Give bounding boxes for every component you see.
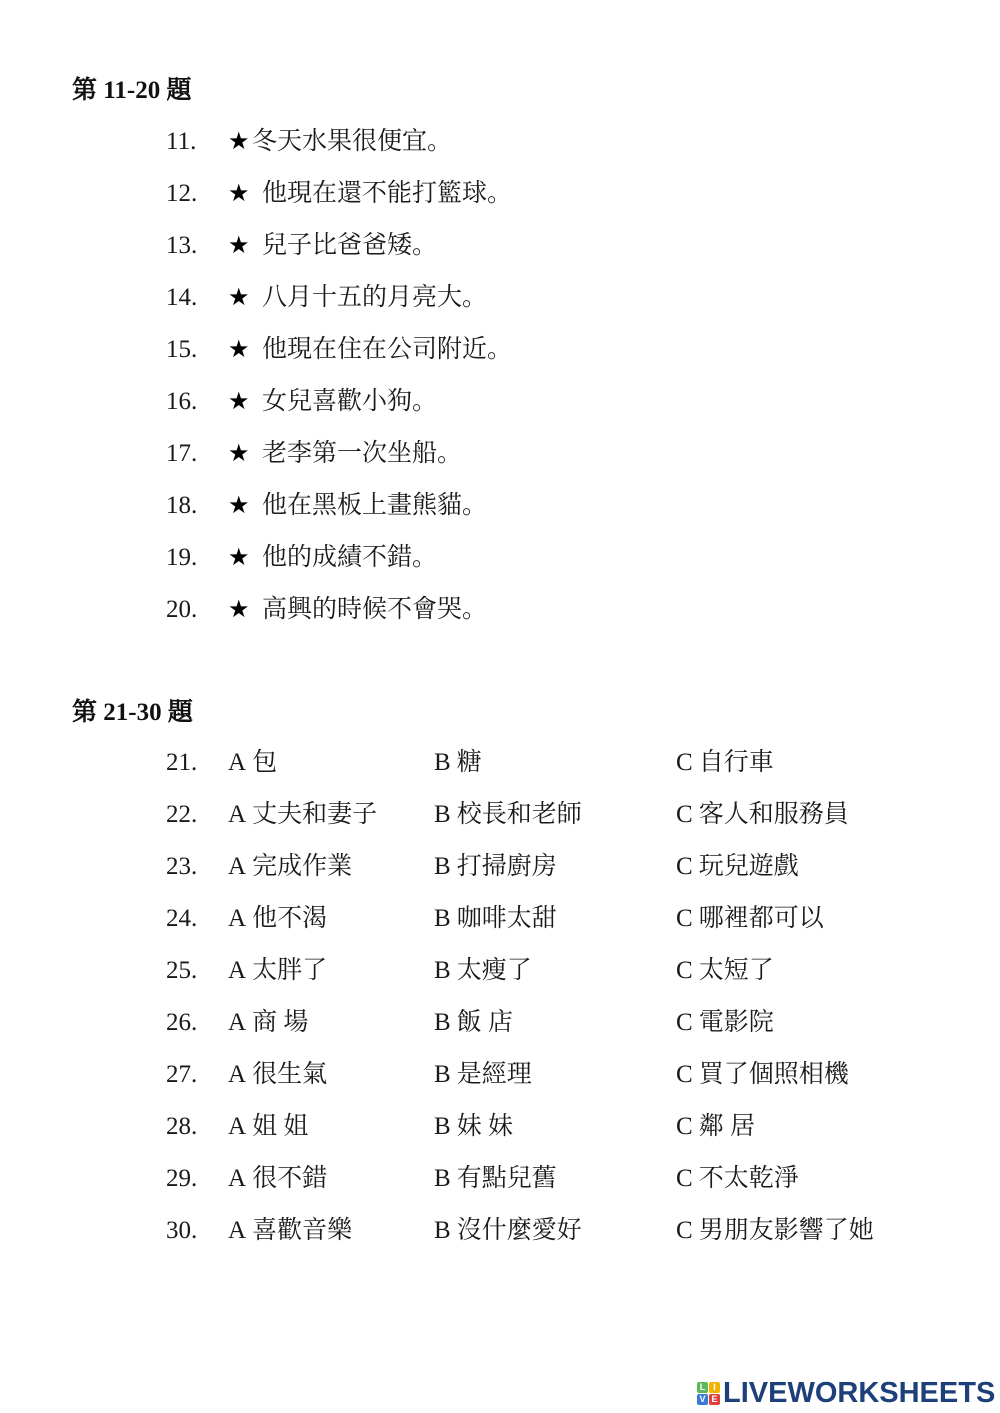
option-b-text: 妹 妹 [457,1113,513,1140]
question-number: 30. [166,1215,226,1247]
question-statement: 他現在還不能打籃球。 [262,178,512,210]
star-icon: ★ [228,386,250,418]
option-c-letter: C [676,1165,693,1192]
section-title-21-30: 第 21-30 題 [72,700,193,725]
option-c-text: 哪裡都可以 [699,905,824,932]
option-b-letter: B [434,853,451,880]
option-b-letter: B [434,749,451,776]
option-a: A完成作業 [228,851,352,883]
option-c: C男朋友影響了她 [676,1215,874,1247]
option-b: B有點兒舊 [434,1163,557,1195]
option-a: A喜歡音樂 [228,1215,352,1247]
option-a-text: 他不渴 [252,905,327,932]
option-a-letter: A [228,853,246,880]
option-c-letter: C [676,1009,693,1036]
option-b-letter: B [434,905,451,932]
option-b-letter: B [434,1009,451,1036]
option-b-letter: B [434,957,451,984]
option-a: A商 場 [228,1007,308,1039]
option-c-letter: C [676,749,693,776]
option-a: A姐 姐 [228,1111,308,1143]
question-number: 16. [166,386,226,418]
option-a-letter: A [228,1165,246,1192]
question-number: 25. [166,955,226,987]
option-c: C不太乾淨 [676,1163,799,1195]
question-number: 12. [166,178,226,210]
question-number: 17. [166,438,226,470]
question-number: 18. [166,490,226,522]
logo-cell-l: L [697,1382,708,1393]
star-icon: ★ [228,490,250,522]
question-number: 15. [166,334,226,366]
star-icon: ★ [228,230,250,262]
option-c-text: 不太乾淨 [699,1165,799,1192]
option-c-letter: C [676,1113,693,1140]
option-c-letter: C [676,853,693,880]
question-number: 20. [166,594,226,626]
option-a-text: 喜歡音樂 [252,1217,352,1244]
option-a: A很不錯 [228,1163,327,1195]
option-a-text: 很生氣 [252,1061,327,1088]
option-a: A包 [228,747,277,779]
option-c-text: 客人和服務員 [699,801,849,828]
star-icon: ★ [228,126,250,158]
star-icon: ★ [228,542,250,574]
option-c: C電影院 [676,1007,774,1039]
option-b-letter: B [434,1165,451,1192]
option-b-text: 有點兒舊 [457,1165,557,1192]
option-c-letter: C [676,1217,693,1244]
logo-cell-e: E [709,1394,720,1405]
option-b-text: 打掃廚房 [457,853,557,880]
option-b: B是經理 [434,1059,532,1091]
option-b: B妹 妹 [434,1111,513,1143]
option-b-text: 太瘦了 [457,957,532,984]
star-icon: ★ [228,282,250,314]
star-icon: ★ [228,334,250,366]
option-a-letter: A [228,1061,246,1088]
option-a: A太胖了 [228,955,327,987]
question-number: 28. [166,1111,226,1143]
option-b: B咖啡太甜 [434,903,557,935]
option-c-text: 玩兒遊戲 [699,853,799,880]
option-a-letter: A [228,749,246,776]
question-number: 22. [166,799,226,831]
option-b: B校長和老師 [434,799,582,831]
option-a-text: 包 [252,749,277,776]
option-c-letter: C [676,801,693,828]
option-b-text: 沒什麼愛好 [457,1217,582,1244]
star-icon: ★ [228,178,250,210]
option-a-text: 丈夫和妻子 [252,801,377,828]
option-a-letter: A [228,905,246,932]
question-number: 11. [166,126,226,158]
option-c: C玩兒遊戲 [676,851,799,883]
option-b: B糖 [434,747,482,779]
question-number: 29. [166,1163,226,1195]
option-a-letter: A [228,1217,246,1244]
question-number: 23. [166,851,226,883]
logo-text: LIVEWORKSHEETS [723,1379,995,1408]
section-title-11-20: 第 11-20 題 [72,78,191,103]
question-statement: 高興的時候不會哭。 [262,594,487,626]
option-c: C鄰 居 [676,1111,755,1143]
option-c-text: 鄰 居 [699,1113,755,1140]
question-number: 13. [166,230,226,262]
option-b: B飯 店 [434,1007,513,1039]
option-b-text: 糖 [457,749,482,776]
option-a: A他不渴 [228,903,327,935]
question-number: 27. [166,1059,226,1091]
option-c-letter: C [676,957,693,984]
option-b-text: 飯 店 [457,1009,513,1036]
option-c: C哪裡都可以 [676,903,824,935]
question-number: 21. [166,747,226,779]
option-b-letter: B [434,1113,451,1140]
question-statement: 兒子比爸爸矮。 [262,230,437,262]
option-c: C客人和服務員 [676,799,849,831]
option-b: B打掃廚房 [434,851,557,883]
option-a-letter: A [228,957,246,984]
option-c-letter: C [676,1061,693,1088]
option-b-letter: B [434,1061,451,1088]
question-number: 19. [166,542,226,574]
option-c: C自行車 [676,747,774,779]
option-a-text: 商 場 [252,1009,308,1036]
option-c: C太短了 [676,955,774,987]
question-statement: 他的成績不錯。 [262,542,437,574]
option-c-text: 自行車 [699,749,774,776]
option-c-letter: C [676,905,693,932]
option-b-text: 校長和老師 [457,801,582,828]
question-number: 14. [166,282,226,314]
option-a-letter: A [228,1113,246,1140]
question-statement: 他在黑板上畫熊貓。 [262,490,487,522]
option-a: A丈夫和妻子 [228,799,377,831]
question-statement: 冬天水果很便宜。 [252,126,452,158]
question-statement: 老李第一次坐船。 [262,438,462,470]
question-statement: 他現在住在公司附近。 [262,334,512,366]
logo-cell-i: I [709,1382,720,1393]
question-statement: 女兒喜歡小狗。 [262,386,437,418]
option-b-text: 是經理 [457,1061,532,1088]
option-b-letter: B [434,801,451,828]
logo-cell-v: V [697,1394,708,1405]
option-a-text: 很不錯 [252,1165,327,1192]
star-icon: ★ [228,438,250,470]
option-a: A很生氣 [228,1059,327,1091]
option-b: B沒什麼愛好 [434,1215,582,1247]
option-c-text: 電影院 [699,1009,774,1036]
option-a-letter: A [228,801,246,828]
question-statement: 八月十五的月亮大。 [262,282,487,314]
option-a-text: 完成作業 [252,853,352,880]
option-c-text: 太短了 [699,957,774,984]
question-number: 24. [166,903,226,935]
star-icon: ★ [228,594,250,626]
option-c-text: 男朋友影響了她 [699,1217,874,1244]
option-b-letter: B [434,1217,451,1244]
liveworksheets-logo: L I V E LIVEWORKSHEETS [697,1378,995,1408]
question-number: 26. [166,1007,226,1039]
option-b: B太瘦了 [434,955,532,987]
option-c-text: 買了個照相機 [699,1061,849,1088]
option-a-text: 太胖了 [252,957,327,984]
option-b-text: 咖啡太甜 [457,905,557,932]
option-a-letter: A [228,1009,246,1036]
option-a-text: 姐 姐 [252,1113,308,1140]
option-c: C買了個照相機 [676,1059,849,1091]
logo-icon: L I V E [697,1382,720,1405]
